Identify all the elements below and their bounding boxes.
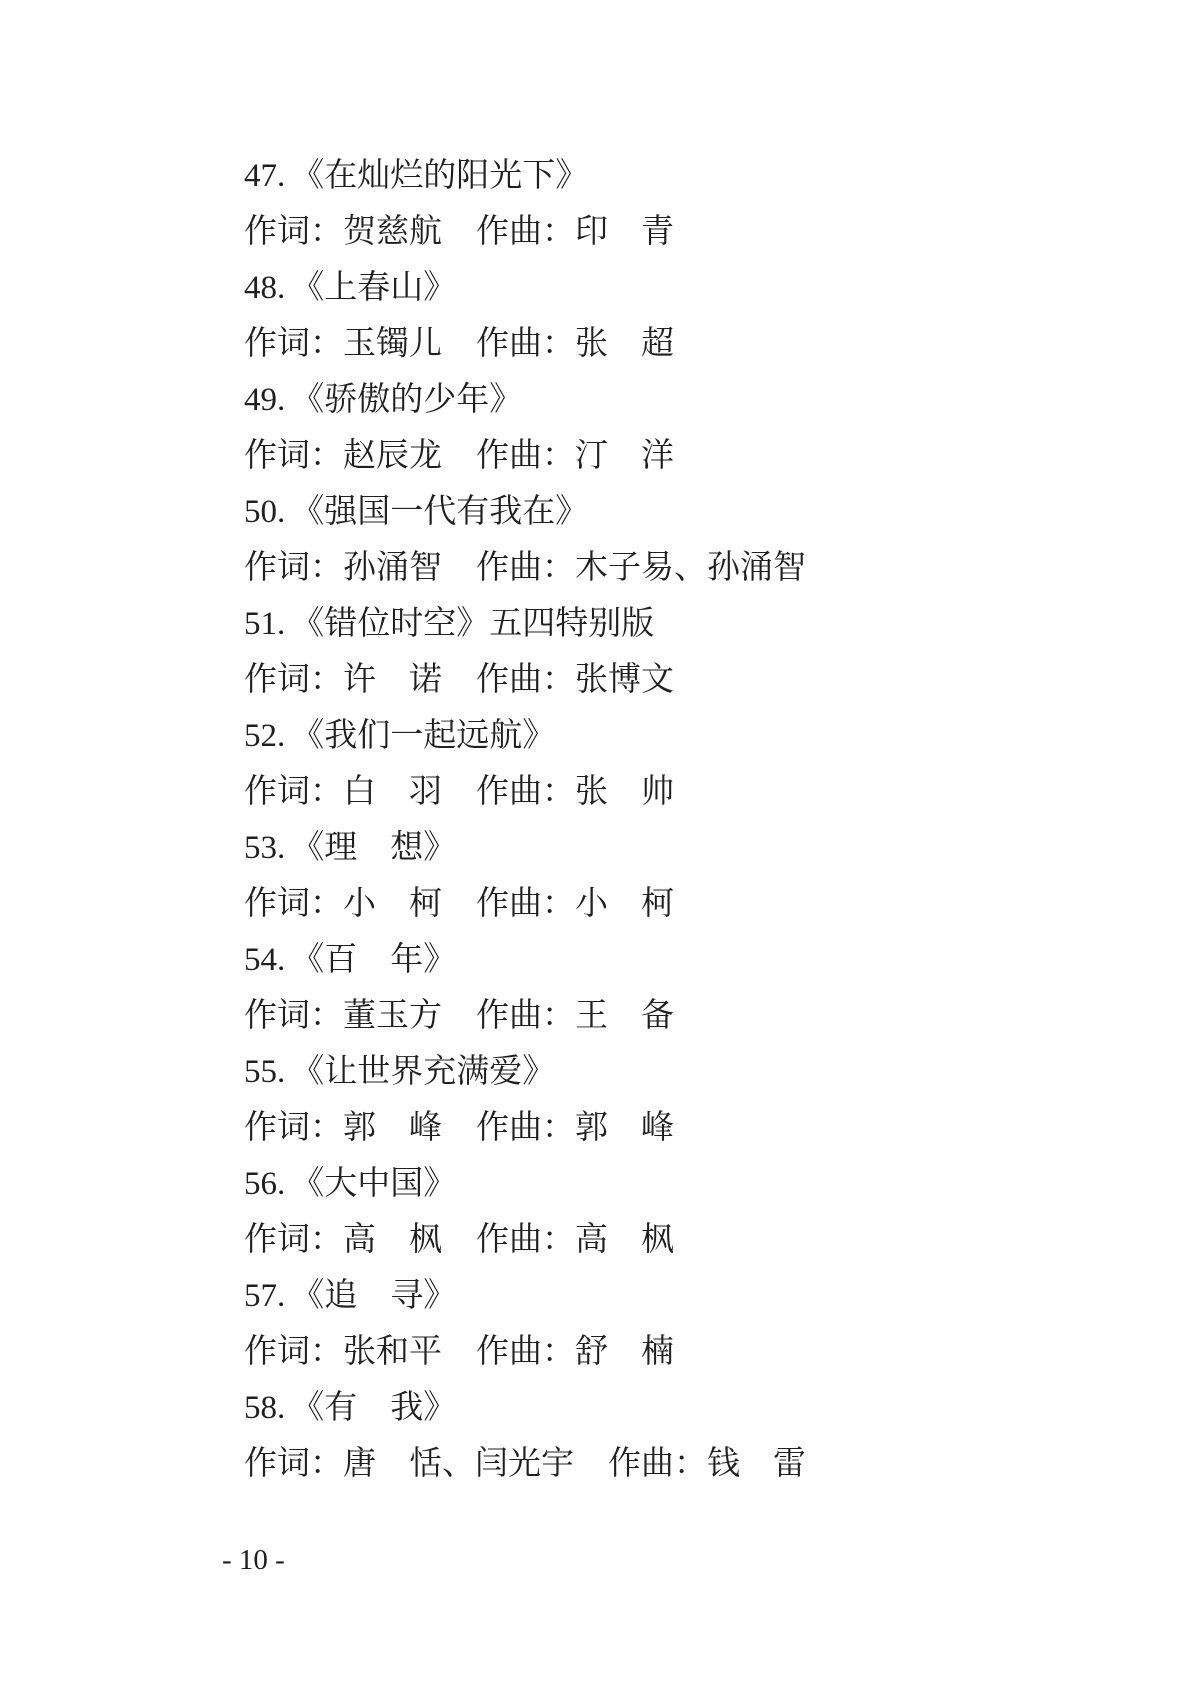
- lyricist-name: 孙涌智: [343, 550, 442, 586]
- song-number: 55.: [244, 1044, 285, 1100]
- lyricist-name: 白 羽: [343, 774, 442, 810]
- song-list: 47.《在灿烂的阳光下》 作词：贺慈航作曲：印 青 48.《上春山》 作词：玉镯…: [244, 148, 806, 1492]
- song-title-line: 47.《在灿烂的阳光下》: [244, 148, 806, 204]
- lyricist-name: 唐 恬、闫光宇: [343, 1446, 574, 1482]
- lyricist-label: 作词：: [244, 1446, 343, 1482]
- song-number: 52.: [244, 708, 285, 764]
- composer-name: 高 枫: [575, 1222, 674, 1258]
- song-credits-line: 作词：许 诺作曲：张博文: [244, 652, 806, 708]
- composer-label: 作曲：: [476, 774, 575, 810]
- lyricist-label: 作词：: [244, 550, 343, 586]
- song-title: 《上春山》: [291, 270, 456, 306]
- song-credits-line: 作词：董玉方作曲：王 备: [244, 988, 806, 1044]
- lyricist-label: 作词：: [244, 998, 343, 1034]
- lyricist-name: 高 枫: [343, 1222, 442, 1258]
- page-number: - 10 -: [222, 1540, 285, 1580]
- lyricist-name: 赵辰龙: [343, 438, 442, 474]
- song-credits-line: 作词：赵辰龙作曲：汀 洋: [244, 428, 806, 484]
- composer-name: 汀 洋: [575, 438, 674, 474]
- lyricist-name: 小 柯: [343, 886, 442, 922]
- song-title: 《强国一代有我在》: [291, 494, 588, 530]
- song-title: 《大中国》: [291, 1166, 456, 1202]
- composer-label: 作曲：: [476, 438, 575, 474]
- composer-label: 作曲：: [476, 550, 575, 586]
- lyricist-label: 作词：: [244, 438, 343, 474]
- song-number: 51.: [244, 596, 285, 652]
- song-title: 《理 想》: [291, 830, 456, 866]
- lyricist-label: 作词：: [244, 1334, 343, 1370]
- composer-name: 舒 楠: [575, 1334, 674, 1370]
- song-number: 47.: [244, 148, 285, 204]
- composer-name: 钱 雷: [707, 1446, 806, 1482]
- song-credits-line: 作词：张和平作曲：舒 楠: [244, 1324, 806, 1380]
- lyricist-name: 玉镯儿: [343, 326, 442, 362]
- song-number: 49.: [244, 372, 285, 428]
- song-number: 57.: [244, 1268, 285, 1324]
- song-title-line: 55.《让世界充满爱》: [244, 1044, 806, 1100]
- song-title-line: 49.《骄傲的少年》: [244, 372, 806, 428]
- composer-label: 作曲：: [476, 1334, 575, 1370]
- lyricist-label: 作词：: [244, 774, 343, 810]
- song-number: 56.: [244, 1156, 285, 1212]
- song-title: 《错位时空》五四特别版: [291, 606, 654, 642]
- composer-name: 张 帅: [575, 774, 674, 810]
- lyricist-name: 贺慈航: [343, 214, 442, 250]
- song-title-line: 48.《上春山》: [244, 260, 806, 316]
- song-number: 48.: [244, 260, 285, 316]
- lyricist-label: 作词：: [244, 214, 343, 250]
- song-credits-line: 作词：孙涌智作曲：木子易、孙涌智: [244, 540, 806, 596]
- song-title: 《让世界充满爱》: [291, 1054, 555, 1090]
- song-title-line: 51.《错位时空》五四特别版: [244, 596, 806, 652]
- song-title: 《骄傲的少年》: [291, 382, 522, 418]
- song-number: 58.: [244, 1380, 285, 1436]
- song-title-line: 50.《强国一代有我在》: [244, 484, 806, 540]
- composer-label: 作曲：: [476, 886, 575, 922]
- song-number: 50.: [244, 484, 285, 540]
- lyricist-label: 作词：: [244, 1110, 343, 1146]
- song-title: 《我们一起远航》: [291, 718, 555, 754]
- composer-name: 王 备: [575, 998, 674, 1034]
- song-credits-line: 作词：玉镯儿作曲：张 超: [244, 316, 806, 372]
- song-title-line: 53.《理 想》: [244, 820, 806, 876]
- composer-name: 张博文: [575, 662, 674, 698]
- composer-label: 作曲：: [476, 662, 575, 698]
- song-number: 53.: [244, 820, 285, 876]
- composer-label: 作曲：: [476, 326, 575, 362]
- lyricist-name: 董玉方: [343, 998, 442, 1034]
- song-title-line: 57.《追 寻》: [244, 1268, 806, 1324]
- lyricist-label: 作词：: [244, 662, 343, 698]
- song-credits-line: 作词：高 枫作曲：高 枫: [244, 1212, 806, 1268]
- lyricist-label: 作词：: [244, 326, 343, 362]
- composer-label: 作曲：: [608, 1446, 707, 1482]
- song-title: 《有 我》: [291, 1390, 456, 1426]
- song-title: 《追 寻》: [291, 1278, 456, 1314]
- composer-label: 作曲：: [476, 1222, 575, 1258]
- song-title-line: 58.《有 我》: [244, 1380, 806, 1436]
- lyricist-label: 作词：: [244, 1222, 343, 1258]
- composer-name: 张 超: [575, 326, 674, 362]
- composer-label: 作曲：: [476, 214, 575, 250]
- composer-name: 小 柯: [575, 886, 674, 922]
- song-credits-line: 作词：白 羽作曲：张 帅: [244, 764, 806, 820]
- song-title-line: 52.《我们一起远航》: [244, 708, 806, 764]
- song-credits-line: 作词：郭 峰作曲：郭 峰: [244, 1100, 806, 1156]
- song-title-line: 56.《大中国》: [244, 1156, 806, 1212]
- song-credits-line: 作词：贺慈航作曲：印 青: [244, 204, 806, 260]
- composer-label: 作曲：: [476, 1110, 575, 1146]
- song-title: 《百 年》: [291, 942, 456, 978]
- lyricist-name: 张和平: [343, 1334, 442, 1370]
- song-credits-line: 作词：小 柯作曲：小 柯: [244, 876, 806, 932]
- song-title: 《在灿烂的阳光下》: [291, 158, 588, 194]
- song-credits-line: 作词：唐 恬、闫光宇作曲：钱 雷: [244, 1436, 806, 1492]
- song-title-line: 54.《百 年》: [244, 932, 806, 988]
- lyricist-name: 郭 峰: [343, 1110, 442, 1146]
- lyricist-label: 作词：: [244, 886, 343, 922]
- composer-name: 木子易、孙涌智: [575, 550, 806, 586]
- composer-name: 郭 峰: [575, 1110, 674, 1146]
- composer-label: 作曲：: [476, 998, 575, 1034]
- lyricist-name: 许 诺: [343, 662, 442, 698]
- song-number: 54.: [244, 932, 285, 988]
- composer-name: 印 青: [575, 214, 674, 250]
